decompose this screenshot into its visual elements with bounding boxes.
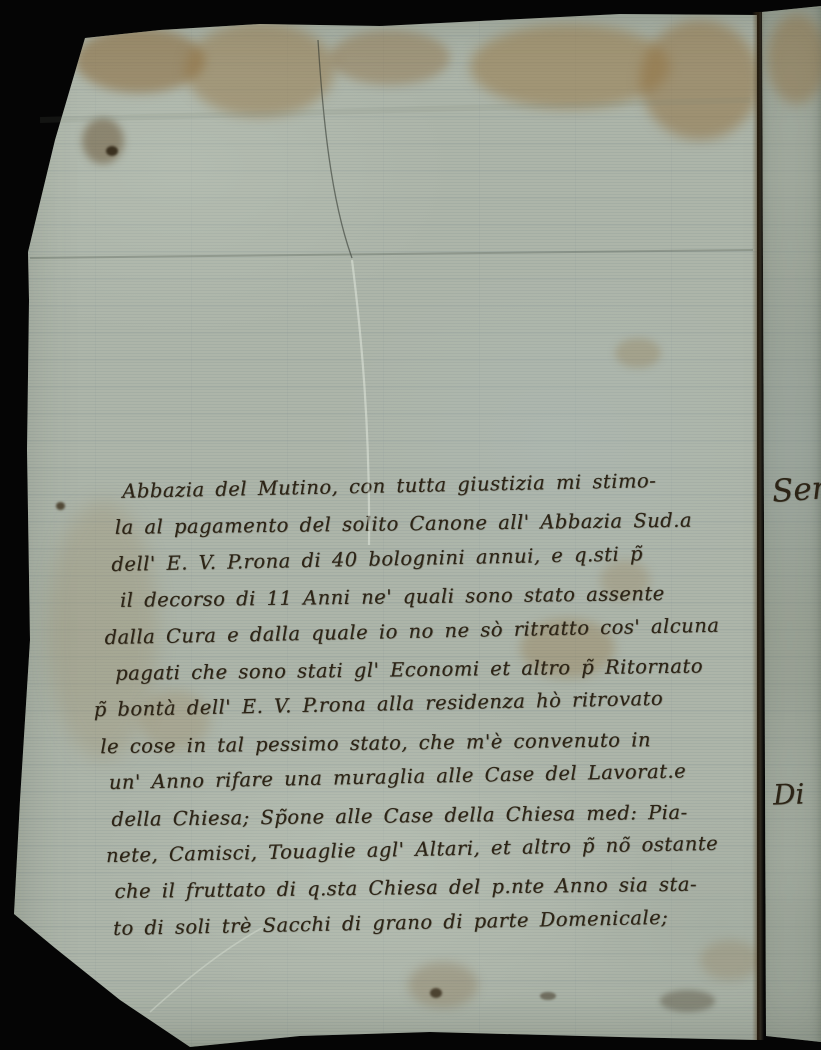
- ink-speck: [56, 502, 65, 510]
- stain-blob: [82, 118, 124, 164]
- stain-blob: [700, 940, 760, 980]
- stain-blob: [470, 24, 670, 109]
- ink-speck: [430, 988, 442, 998]
- stain-blob: [408, 962, 478, 1008]
- stain-blob: [185, 22, 335, 117]
- handwritten-text-block: Abbazia del Mutino, con tutta giustizia …: [108, 464, 775, 947]
- adjacent-page-edge: Ser Di: [759, 0, 821, 1050]
- stain-blob: [75, 28, 205, 93]
- page-fold-gutter: [752, 12, 764, 1040]
- stain-blob: [640, 20, 760, 140]
- stain-blob: [660, 990, 715, 1012]
- adjacent-page-partial-word: Ser: [771, 470, 821, 510]
- photograph-background: Abbazia del Mutino, con tutta giustizia …: [0, 0, 821, 1050]
- ink-speck: [106, 146, 118, 156]
- stain-blob: [767, 14, 821, 104]
- adjacent-page-partial-word: Di: [772, 777, 805, 811]
- stain-blob: [330, 30, 450, 85]
- stain-blob: [615, 338, 661, 368]
- manuscript-page: Abbazia del Mutino, con tutta giustizia …: [0, 0, 821, 1050]
- ink-speck: [540, 992, 556, 1000]
